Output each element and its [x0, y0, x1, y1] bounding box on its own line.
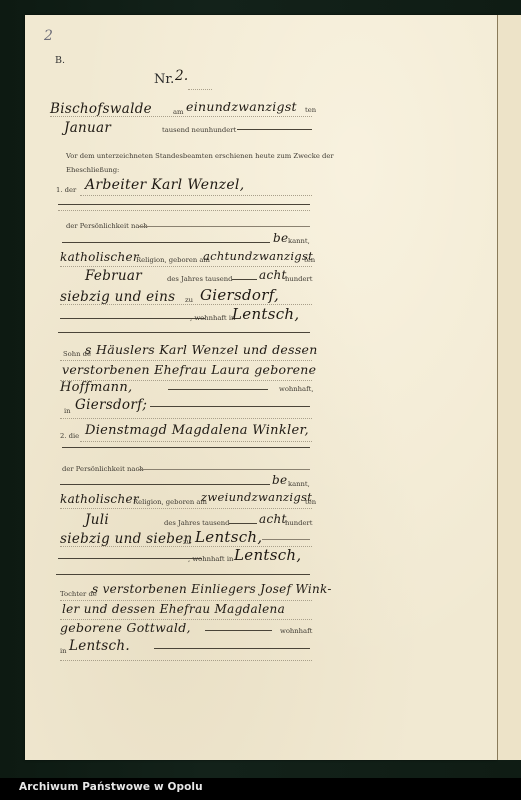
archive-caption: Archiwum Państwowe w Opolu: [19, 781, 203, 793]
groom-parents-in-label: in: [64, 407, 71, 415]
groom-parents-wohnhaft: wohnhaft,: [279, 385, 314, 393]
form-section-label: B.: [55, 55, 65, 66]
bride-wohnhaft-label: , wohnhaft in: [188, 555, 233, 563]
bride-persoenlichkeit-label: der Persönlichkeit nach: [62, 465, 144, 473]
groom-bekannt-hand: be: [273, 231, 288, 245]
am-label: am: [173, 108, 184, 116]
groom-parents-line-2: verstorbenen Ehefrau Laura geborene: [62, 362, 316, 377]
groom-birth-year: siebzig und eins: [60, 289, 175, 305]
bride-occupation-name: Dienstmagd Magdalena Winkler,: [85, 423, 309, 438]
adjacent-page-edge: [497, 15, 521, 760]
bride-birth-place: Lentsch,: [195, 528, 262, 546]
groom-index: 1. der: [56, 186, 76, 194]
groom-zu-label: zu: [185, 296, 193, 304]
bride-des-jahres: des Jahres tausend: [164, 519, 230, 527]
groom-birth-day: achtundzwanzigst: [203, 249, 313, 263]
groom-residence: Lentsch,: [232, 305, 299, 323]
bride-ten-label: ten: [305, 498, 316, 506]
record-number-value: 2.: [175, 68, 188, 84]
groom-ten-label: ten: [304, 256, 315, 264]
bride-birth-month: Juli: [85, 512, 109, 528]
pencil-page-number: 2: [44, 28, 53, 44]
groom-hundert: hundert: [285, 275, 313, 283]
groom-parents-line-1: s Häuslers Karl Wenzel und dessen: [85, 342, 318, 357]
bride-parents-line-2: ler und dessen Ehefrau Magdalena: [62, 602, 285, 616]
groom-birth-place: Giersdorf,: [200, 286, 279, 304]
bride-bekannt-print: kannt,: [288, 480, 310, 488]
bride-residence: Lentsch,: [234, 546, 301, 564]
record-month: Januar: [64, 120, 111, 136]
bride-parents-wohnhaft: wohnhaft: [280, 627, 312, 635]
groom-religion: katholischer: [60, 250, 139, 264]
groom-wohnhaft-label: , wohnhaft in: [190, 314, 235, 322]
year-print: tausend neunhundert: [162, 126, 236, 134]
groom-persoenlichkeit-label: der Persönlichkeit nach: [66, 222, 148, 230]
groom-occupation-name: Arbeiter Karl Wenzel,: [85, 177, 244, 193]
bride-hundert: hundert: [285, 519, 313, 527]
groom-century: acht: [259, 268, 287, 282]
bride-parents-line-3: geborene Gottwald,: [60, 620, 191, 635]
intro-line-2: Eheschließung:: [66, 166, 119, 174]
bride-index: 2. die: [60, 432, 79, 440]
bride-religion: katholischer: [60, 492, 139, 506]
bride-century: acht: [259, 512, 287, 526]
bride-zu-label: zu: [183, 538, 191, 546]
bride-parents-in-label: in: [60, 647, 67, 655]
groom-birth-month: Februar: [85, 268, 142, 284]
groom-parents-residence: Giersdorf;: [75, 397, 147, 413]
groom-religion-print: Religion, geboren am: [136, 256, 210, 264]
bride-parents-residence: Lentsch.: [69, 638, 130, 654]
record-day: einundzwanzigst: [186, 99, 297, 114]
bride-religion-print: Religion, geboren am: [133, 498, 207, 506]
bride-birth-day: zweiundzwanzigst: [201, 490, 312, 504]
ten-label: ten: [305, 106, 316, 114]
bride-bekannt-hand: be: [272, 473, 287, 487]
groom-des-jahres: des Jahres tausend: [167, 275, 233, 283]
bride-parents-line-1: s verstorbenen Einliegers Josef Wink-: [92, 582, 332, 596]
bride-birth-year: siebzig und sieben: [60, 531, 193, 547]
intro-line-1: Vor dem unterzeichneten Standesbeamten e…: [66, 152, 334, 160]
groom-parents-line-3: Hoffmann,: [60, 380, 132, 395]
groom-bekannt-print: kannt,: [288, 237, 310, 245]
place-of-record: Bischofswalde: [50, 101, 152, 117]
record-number-label: Nr.: [154, 72, 174, 87]
